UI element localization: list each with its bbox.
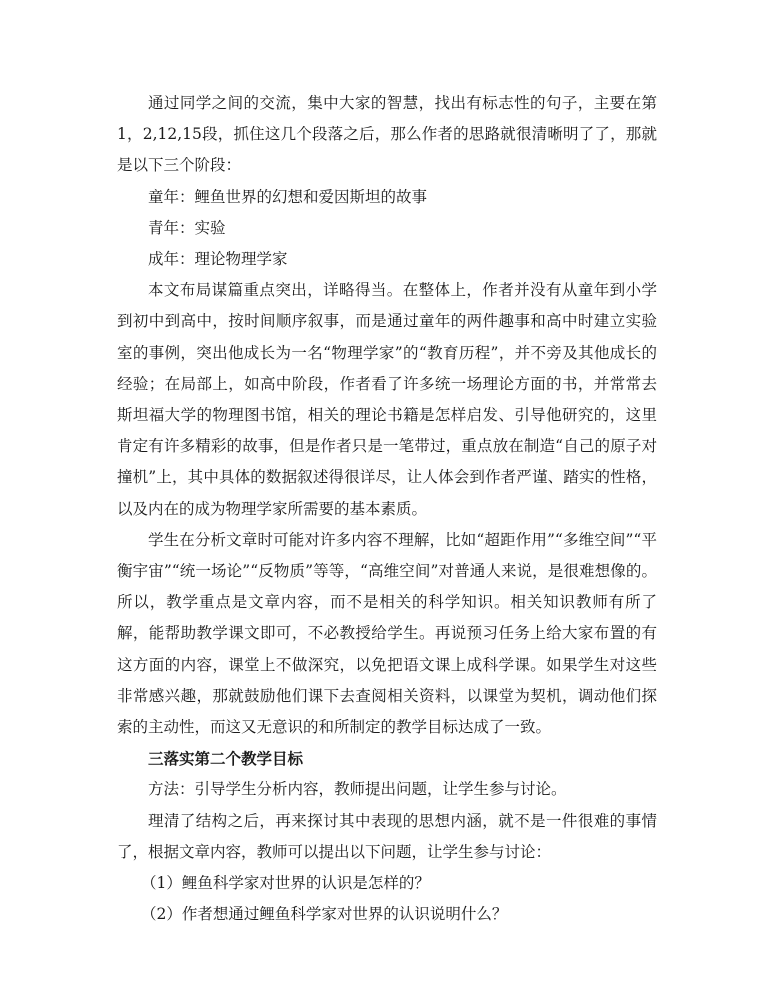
paragraph-intro: 通过同学之间的交流，集中大家的智慧，找出有标志性的句子，主要在第1，2,12,1… — [117, 88, 657, 182]
section-heading: 三落实第二个教学目标 — [117, 743, 657, 774]
stage-childhood: 童年：鲤鱼世界的幻想和爱因斯坦的故事 — [117, 182, 657, 213]
document-page: 通过同学之间的交流，集中大家的智慧，找出有标志性的句子，主要在第1，2,12,1… — [117, 88, 657, 930]
question-2: （2）作者想通过鲤鱼科学家对世界的认识说明什么？ — [117, 899, 657, 930]
stage-youth: 青年：实验 — [117, 213, 657, 244]
paragraph-discussion: 理清了结构之后，再来探讨其中表现的思想内涵，就不是一件很难的事情了，根据文章内容… — [117, 806, 657, 868]
paragraph-structure: 本文布局谋篇重点突出，详略得当。在整体上，作者并没有从童年到小学到初中到高中，按… — [117, 275, 657, 525]
paragraph-science-terms: 学生在分析文章时可能对许多内容不理解，比如“超距作用”“多维空间”“平衡宇宙”“… — [117, 525, 657, 743]
question-1: （1）鲤鱼科学家对世界的认识是怎样的？ — [117, 868, 657, 899]
stage-adulthood: 成年：理论物理学家 — [117, 244, 657, 275]
paragraph-method: 方法：引导学生分析内容，教师提出问题，让学生参与讨论。 — [117, 774, 657, 805]
